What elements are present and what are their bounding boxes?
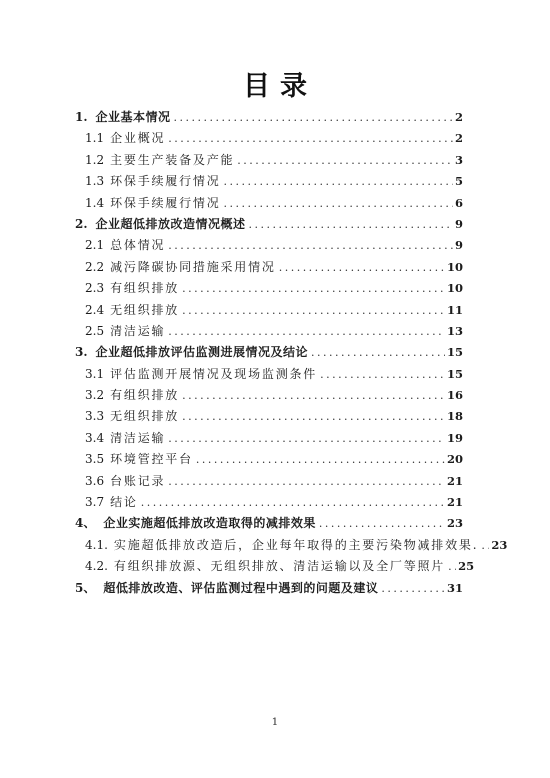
dot-leader: [481, 535, 489, 556]
toc-entry-number: 3.6: [85, 471, 104, 492]
dot-leader: [168, 128, 453, 149]
toc-entry-number: 2.4: [85, 300, 104, 321]
toc-entry-number: 3.3: [85, 406, 104, 427]
page-title: 目录: [0, 64, 550, 103]
toc-entry-label: 有组织排放: [110, 385, 179, 406]
toc-entry-number: 3.1: [85, 364, 104, 385]
toc-entry[interactable]: 3.6 台账记录 21: [75, 471, 463, 492]
toc-entry-page: 18: [447, 406, 463, 427]
toc-entry-number: 1.3: [85, 171, 104, 192]
toc-entry-page: 2: [455, 128, 463, 149]
toc-entry[interactable]: 2.4 无组织排放 11: [75, 300, 463, 321]
dot-leader: [249, 214, 453, 235]
toc-entry-number: 3.2: [85, 385, 104, 406]
toc-entry-number: 4.1.: [85, 535, 108, 556]
toc-entry[interactable]: 3. 企业超低排放评估监测进展情况及结论 15: [75, 342, 463, 363]
toc-entry[interactable]: 1.1 企业概况 2: [75, 128, 463, 149]
document-page: 目录 1. 企业基本情况 2 1.1 企业概况 2 1.2 主要生产装备及产能 …: [0, 0, 550, 778]
toc-entry-page: 23: [447, 513, 463, 534]
toc-entry[interactable]: 1. 企业基本情况 2: [75, 107, 463, 128]
toc-entry-page: 19: [447, 428, 463, 449]
toc-entry-number: 2.: [75, 214, 88, 235]
dot-leader: [237, 150, 453, 171]
toc-entry-number: 1.4: [85, 193, 104, 214]
dot-leader: [168, 235, 453, 256]
toc-entry-label: 实施超低排放改造后，企业每年取得的主要污染物减排效果.: [114, 535, 478, 556]
toc-entry-page: 16: [447, 385, 463, 406]
toc-entry[interactable]: 1.3 环保手续履行情况 5: [75, 171, 463, 192]
toc-entry-label: 主要生产装备及产能: [110, 150, 234, 171]
dot-leader: [224, 171, 453, 192]
toc-entry-number: 3.4: [85, 428, 104, 449]
toc-entry-label: 企业超低排放改造情况概述: [96, 214, 246, 235]
toc-entry-page: 15: [447, 364, 463, 385]
dot-leader: [182, 278, 445, 299]
toc-entry-page: 2: [455, 107, 463, 128]
toc-entry-label: 台账记录: [110, 471, 165, 492]
toc-entry-number: 3.5: [85, 449, 104, 470]
toc-entry-page: 6: [455, 193, 463, 214]
toc-entry[interactable]: 4.1. 实施超低排放改造后，企业每年取得的主要污染物减排效果. 23: [75, 535, 463, 556]
toc-entry[interactable]: 1.2 主要生产装备及产能 3: [75, 150, 463, 171]
toc-entry-page: 15: [447, 342, 463, 363]
toc-entry[interactable]: 5、 超低排放改造、评估监测过程中遇到的问题及建议 31: [75, 578, 463, 599]
toc-entry-number: 1.1: [85, 128, 104, 149]
toc-entry-label: 无组织排放: [110, 406, 179, 427]
toc-entry[interactable]: 3.3 无组织排放 18: [75, 406, 463, 427]
toc-entry-number: 2.2: [85, 257, 104, 278]
toc-entry-page: 13: [447, 321, 463, 342]
toc-entry[interactable]: 2.1 总体情况 9: [75, 235, 463, 256]
toc-entry-label: 环境管控平台: [110, 449, 193, 470]
toc-entry-label: 企业概况: [110, 128, 165, 149]
toc-entry-label: 有组织排放: [110, 278, 179, 299]
toc-entry-page: 11: [447, 300, 463, 321]
toc-entry-number: 3.7: [85, 492, 104, 513]
toc-entry-number: 2.3: [85, 278, 104, 299]
toc-entry-page: 21: [447, 492, 463, 513]
dot-leader: [279, 257, 445, 278]
toc-entry-page: 10: [447, 278, 463, 299]
toc-entry-page: 20: [447, 449, 463, 470]
toc-entry-number: 4、: [75, 513, 95, 534]
toc-entry-page: 23: [491, 535, 507, 556]
toc-entry-number: 1.2: [85, 150, 104, 171]
toc-entry[interactable]: 1.4 环保手续履行情况 6: [75, 193, 463, 214]
toc-entry-page: 9: [455, 214, 463, 235]
toc-entry[interactable]: 2.3 有组织排放 10: [75, 278, 463, 299]
toc-entry-number: 2.5: [85, 321, 104, 342]
dot-leader: [448, 556, 456, 577]
toc-entry-page: 3: [455, 150, 463, 171]
toc-entry-label: 评估监测开展情况及现场监测条件: [110, 364, 317, 385]
dot-leader: [319, 513, 445, 534]
toc-entry[interactable]: 3.4 清洁运输 19: [75, 428, 463, 449]
toc-entry-page: 31: [447, 578, 463, 599]
toc-entry-label: 总体情况: [110, 235, 165, 256]
toc-entry-page: 21: [447, 471, 463, 492]
dot-leader: [311, 342, 445, 363]
toc-entry-label: 无组织排放: [110, 300, 179, 321]
toc-entry-page: 5: [455, 171, 463, 192]
dot-leader: [224, 193, 453, 214]
toc-entry-label: 结论: [110, 492, 138, 513]
toc-entry-label: 减污降碳协同措施采用情况: [110, 257, 276, 278]
dot-leader: [182, 406, 445, 427]
dot-leader: [168, 428, 445, 449]
toc-entry-page: 25: [458, 556, 474, 577]
toc-entry-number: 3.: [75, 342, 88, 363]
toc-entry[interactable]: 2.5 清洁运输 13: [75, 321, 463, 342]
dot-leader: [196, 449, 445, 470]
toc-entry-label: 企业超低排放评估监测进展情况及结论: [96, 342, 309, 363]
dot-leader: [168, 321, 445, 342]
toc-entry[interactable]: 4.2. 有组织排放源、无组织排放、清洁运输以及全厂等照片 25: [75, 556, 463, 577]
table-of-contents: 1. 企业基本情况 2 1.1 企业概况 2 1.2 主要生产装备及产能 3 1…: [75, 107, 463, 599]
toc-entry-label: 环保手续履行情况: [110, 171, 220, 192]
toc-entry-number: 2.1: [85, 235, 104, 256]
toc-entry-number: 4.2.: [85, 556, 108, 577]
dot-leader: [141, 492, 445, 513]
toc-entry-number: 5、: [75, 578, 95, 599]
dot-leader: [381, 578, 445, 599]
toc-entry[interactable]: 3.2 有组织排放 16: [75, 385, 463, 406]
toc-entry-label: 超低排放改造、评估监测过程中遇到的问题及建议: [103, 578, 378, 599]
toc-entry[interactable]: 4、 企业实施超低排放改造取得的减排效果 23: [75, 513, 463, 534]
toc-entry[interactable]: 2. 企业超低排放改造情况概述 9: [75, 214, 463, 235]
toc-entry[interactable]: 3.5 环境管控平台 20: [75, 449, 463, 470]
toc-entry-page: 9: [455, 235, 463, 256]
toc-entry-label: 有组织排放源、无组织排放、清洁运输以及全厂等照片: [114, 556, 445, 577]
dot-leader: [168, 471, 445, 492]
toc-entry-label: 企业基本情况: [96, 107, 171, 128]
toc-entry[interactable]: 3.1 评估监测开展情况及现场监测条件 15: [75, 364, 463, 385]
footer-page-number: 1: [0, 716, 550, 728]
toc-entry-number: 1.: [75, 107, 88, 128]
toc-entry-label: 清洁运输: [110, 428, 165, 449]
toc-entry-page: 10: [447, 257, 463, 278]
toc-entry-label: 清洁运输: [110, 321, 165, 342]
dot-leader: [182, 300, 445, 321]
toc-entry-label: 环保手续履行情况: [110, 193, 220, 214]
dot-leader: [182, 385, 445, 406]
dot-leader: [174, 107, 453, 128]
dot-leader: [320, 364, 445, 385]
toc-entry[interactable]: 2.2 减污降碳协同措施采用情况 10: [75, 257, 463, 278]
toc-entry-label: 企业实施超低排放改造取得的减排效果: [103, 513, 316, 534]
toc-entry[interactable]: 3.7 结论 21: [75, 492, 463, 513]
